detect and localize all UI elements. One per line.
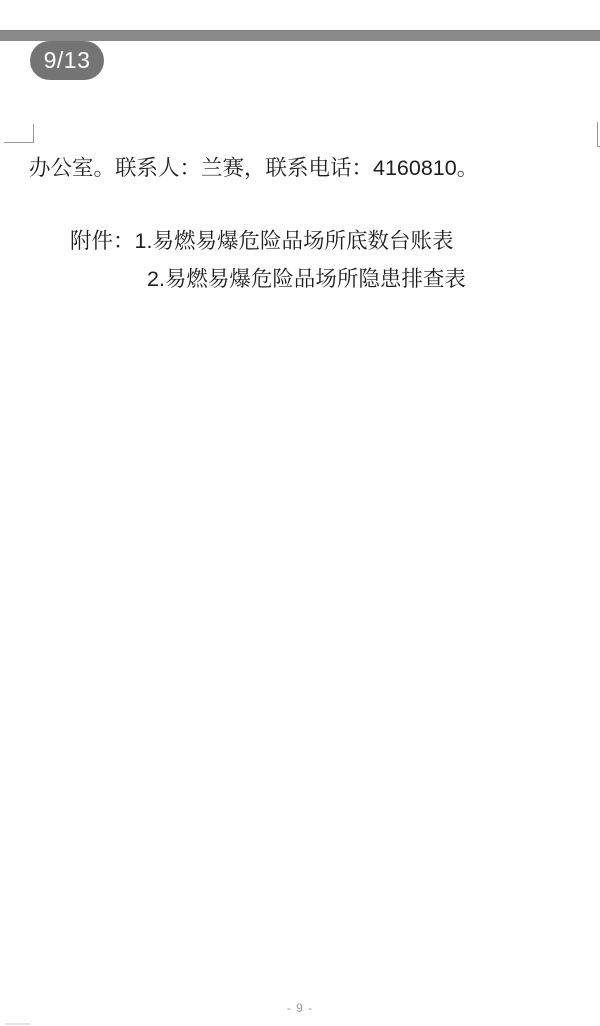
document-viewer: 办公室。联系人：兰赛，联系电话：4160810。 附件：1.易燃易爆危险品场所底… bbox=[0, 0, 600, 1026]
attachment-line-2: 2.易燃易爆危险品场所隐患排查表 bbox=[147, 265, 466, 293]
bottom-margin-mark bbox=[5, 1023, 30, 1025]
previous-page-edge bbox=[0, 0, 600, 30]
contact-paragraph: 办公室。联系人：兰赛，联系电话：4160810。 bbox=[29, 153, 589, 183]
attachment-label: 附件： bbox=[70, 229, 135, 253]
attachment-line-1: 附件：1.易燃易爆危险品场所底数台账表 bbox=[70, 227, 453, 255]
attachment-item-2: 2.易燃易爆危险品场所隐患排查表 bbox=[147, 267, 466, 291]
page-indicator-badge[interactable]: 9/13 bbox=[30, 41, 104, 80]
document-page[interactable]: 办公室。联系人：兰赛，联系电话：4160810。 附件：1.易燃易爆危险品场所底… bbox=[0, 41, 600, 1026]
page-gap-divider bbox=[0, 30, 600, 41]
page-number-footer: - 9 - bbox=[0, 1000, 600, 1016]
margin-corner-mark-left-icon bbox=[4, 124, 34, 143]
attachment-item-1: 1.易燃易爆危险品场所底数台账表 bbox=[135, 229, 454, 253]
